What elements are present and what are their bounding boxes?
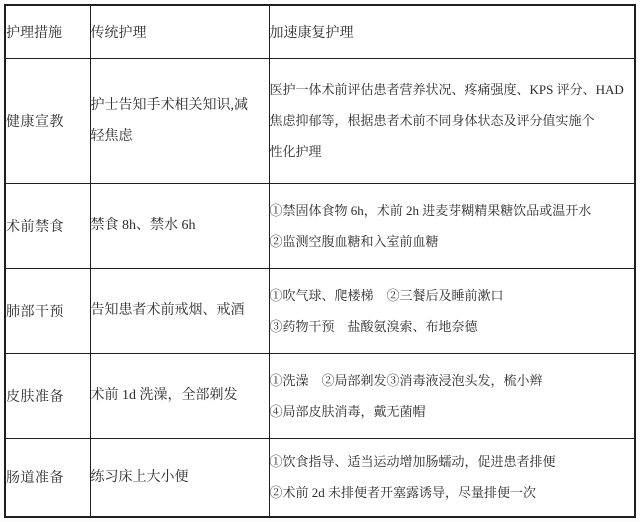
cell-text-line: 轻焦虑 — [91, 121, 269, 152]
cell-text-line: 焦虑抑郁等，根据患者术前不同身体状态及评分值实施个 — [270, 105, 635, 136]
measure-label: 肺部干预 — [5, 268, 90, 353]
cell-text-line: 医护一体术前评估患者营养状况、疼痛强度、KPS 评分、HAD — [270, 74, 635, 105]
cell-text-line: ①吹气球、爬楼梯 ②三餐后及睡前漱口 — [270, 280, 635, 311]
col-header-nursing-measure: 护理措施 — [5, 5, 90, 58]
measure-label: 皮肤准备 — [5, 353, 90, 438]
traditional-care-cell: 告知患者术前戒烟、戒酒 — [90, 268, 269, 353]
cell-text-line: 告知患者术前戒烟、戒酒 — [91, 295, 269, 326]
table-header-row: 护理措施 传统护理 加速康复护理 — [5, 5, 635, 58]
measure-label: 术前禁食 — [5, 183, 90, 268]
accelerated-care-cell: ①吹气球、爬楼梯 ②三餐后及睡前漱口 ③药物干预 盐酸氨溴索、布地奈德 — [269, 268, 635, 353]
traditional-care-cell: 练习床上大小便 — [90, 438, 269, 517]
care-comparison-table: 护理措施 传统护理 加速康复护理 健康宣教 护士告知手术相关知识,减 轻焦虑 医… — [4, 4, 636, 518]
col-header-traditional-care: 传统护理 — [90, 5, 269, 58]
cell-text-line: ③药物干预 盐酸氨溴索、布地奈德 — [270, 311, 635, 342]
measure-label: 健康宣教 — [5, 58, 90, 183]
accelerated-care-cell: ①饮食指导、适当运动增加肠蠕动，促进患者排便 ②术前 2d 未排便者开塞露诱导，… — [269, 438, 635, 517]
accelerated-care-cell: ①洗澡 ②局部剃发③消毒液浸泡头发，梳小辫 ④局部皮肤消毒，戴无菌帽 — [269, 353, 635, 438]
cell-text-line: 术前 1d 洗澡，全部剃发 — [91, 380, 269, 411]
document-page: 护理措施 传统护理 加速康复护理 健康宣教 护士告知手术相关知识,减 轻焦虑 医… — [0, 0, 640, 522]
cell-text-line: ②术前 2d 未排便者开塞露诱导，尽量排便一次 — [270, 477, 635, 508]
cell-text-line: 护士告知手术相关知识,减 — [91, 90, 269, 121]
col-header-accelerated-rehab-care: 加速康复护理 — [269, 5, 635, 58]
accelerated-care-cell: 医护一体术前评估患者营养状况、疼痛强度、KPS 评分、HAD 焦虑抑郁等，根据患… — [269, 58, 635, 183]
cell-text-line: 性化护理 — [270, 136, 635, 167]
table-row: 肺部干预 告知患者术前戒烟、戒酒 ①吹气球、爬楼梯 ②三餐后及睡前漱口 ③药物干… — [5, 268, 635, 353]
cell-text-line: ④局部皮肤消毒，戴无菌帽 — [270, 396, 635, 427]
traditional-care-cell: 护士告知手术相关知识,减 轻焦虑 — [90, 58, 269, 183]
measure-label: 肠道准备 — [5, 438, 90, 517]
table-row: 术前禁食 禁食 8h、禁水 6h ①禁固体食物 6h，术前 2h 进麦芽糊精果糖… — [5, 183, 635, 268]
table-row: 皮肤准备 术前 1d 洗澡，全部剃发 ①洗澡 ②局部剃发③消毒液浸泡头发，梳小辫… — [5, 353, 635, 438]
traditional-care-cell: 术前 1d 洗澡，全部剃发 — [90, 353, 269, 438]
table-row: 健康宣教 护士告知手术相关知识,减 轻焦虑 医护一体术前评估患者营养状况、疼痛强… — [5, 58, 635, 183]
cell-text-line: ②监测空腹血糖和入室前血糖 — [270, 226, 635, 257]
accelerated-care-cell: ①禁固体食物 6h，术前 2h 进麦芽糊精果糖饮品或温开水 ②监测空腹血糖和入室… — [269, 183, 635, 268]
cell-text-line: 禁食 8h、禁水 6h — [91, 210, 269, 241]
cell-text-line: 练习床上大小便 — [91, 462, 269, 493]
cell-text-line: ①饮食指导、适当运动增加肠蠕动，促进患者排便 — [270, 446, 635, 477]
table-row: 肠道准备 练习床上大小便 ①饮食指导、适当运动增加肠蠕动，促进患者排便 ②术前 … — [5, 438, 635, 517]
cell-text-line: ①禁固体食物 6h，术前 2h 进麦芽糊精果糖饮品或温开水 — [270, 195, 635, 226]
traditional-care-cell: 禁食 8h、禁水 6h — [90, 183, 269, 268]
cell-text-line: ①洗澡 ②局部剃发③消毒液浸泡头发，梳小辫 — [270, 365, 635, 396]
